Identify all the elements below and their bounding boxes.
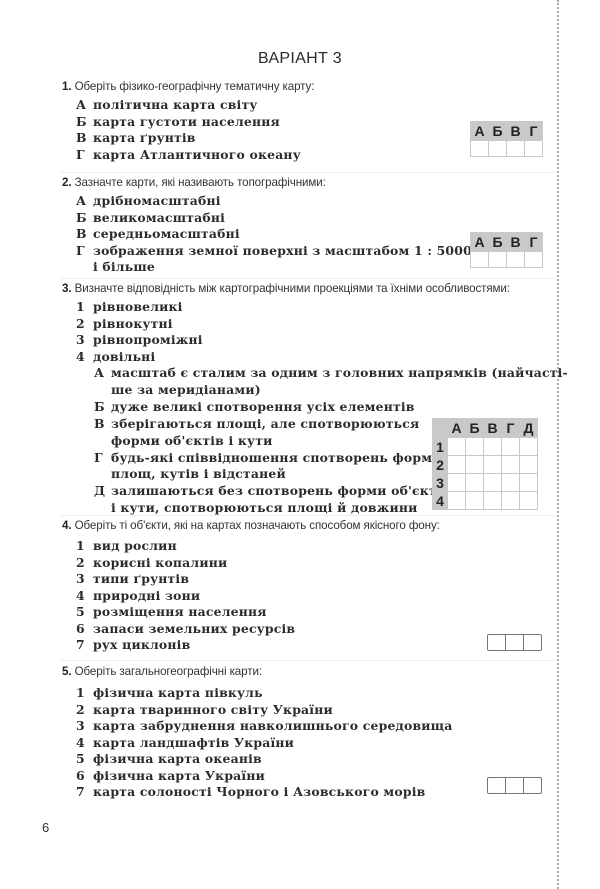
question-number: 3. [62, 282, 71, 295]
grid-row-header: 2 [433, 456, 448, 474]
question-text: Оберіть загальногеографічні карти: [75, 665, 262, 678]
page-title: ВАРІАНТ 3 [0, 50, 600, 68]
page-number: 6 [42, 820, 49, 835]
question-number: 2. [62, 176, 71, 189]
answer-cell[interactable] [520, 438, 538, 456]
item-3: 3рівнопроміжні [76, 332, 203, 349]
item-7: 7рух циклонів [76, 637, 295, 654]
answer-cell[interactable] [484, 456, 502, 474]
answer-box[interactable] [523, 778, 541, 793]
item-4: 4природні зони [76, 588, 295, 605]
answer-cell[interactable] [502, 492, 520, 510]
option-g: Гкарта Атлантичного океану [76, 147, 301, 164]
answer-cell[interactable] [489, 141, 507, 157]
question-4-items: 1вид рослин 2корисні копалини 3типи ґрун… [76, 538, 295, 654]
item-1: 1вид рослин [76, 538, 295, 555]
answer-cell[interactable] [448, 456, 466, 474]
answer-cell[interactable] [489, 252, 507, 268]
item-2: 2рівнокутні [76, 316, 203, 333]
question-text: Зазначте карти, які називають топографіч… [75, 176, 326, 189]
answer-cell[interactable] [525, 252, 543, 268]
question-5-items: 1фізична карта півкуль 2карта тваринного… [76, 685, 452, 801]
question-1-answer-grid: А Б В Г [470, 121, 543, 157]
item-3: 3карта забруднення навколишнього середов… [76, 718, 452, 735]
question-text: Визначте відповідність між картографічни… [75, 282, 510, 295]
question-separator [60, 660, 555, 661]
grid-corner [433, 419, 448, 438]
question-1-prompt: 1. Оберіть фізико-географічну тематичну … [62, 80, 314, 93]
grid-col-header: Г [502, 419, 520, 438]
answer-cell[interactable] [448, 438, 466, 456]
answer-cell[interactable] [520, 456, 538, 474]
option-a: Амасштаб є сталим за одним з головних на… [94, 365, 568, 399]
option-v: Всередньомасштабні [76, 226, 472, 243]
answer-box[interactable] [523, 635, 541, 650]
grid-col-header: В [507, 122, 525, 141]
question-3-items: 1рівновеликі 2рівнокутні 3рівнопроміжні … [76, 299, 203, 365]
answer-cell[interactable] [466, 438, 484, 456]
grid-col-header: В [507, 233, 525, 252]
answer-cell[interactable] [502, 474, 520, 492]
item-2: 2карта тваринного світу України [76, 702, 452, 719]
question-text: Оберіть фізико-географічну тематичну кар… [75, 80, 315, 93]
option-a: Адрібномасштабні [76, 193, 472, 210]
item-5: 5фізична карта океанів [76, 751, 452, 768]
question-number: 1. [62, 80, 71, 93]
item-1: 1рівновеликі [76, 299, 203, 316]
grid-row-header: 1 [433, 438, 448, 456]
grid-col-header: Г [525, 233, 543, 252]
answer-cell[interactable] [466, 456, 484, 474]
answer-cell[interactable] [502, 456, 520, 474]
answer-cell[interactable] [507, 141, 525, 157]
grid-col-header: Б [466, 419, 484, 438]
question-number: 4. [62, 519, 71, 532]
question-2-prompt: 2. Зазначте карти, які називають топогра… [62, 176, 326, 189]
item-6: 6запаси земельних ресурсів [76, 621, 295, 638]
question-3-prompt: 3. Визначте відповідність між картографі… [62, 282, 510, 295]
answer-cell[interactable] [484, 474, 502, 492]
answer-cell[interactable] [466, 474, 484, 492]
grid-col-header: А [471, 233, 489, 252]
answer-box[interactable] [505, 778, 523, 793]
question-2-answer-grid: А Б В Г [470, 232, 543, 268]
question-1-options: Аполітична карта світу Бкарта густоти на… [76, 97, 301, 163]
question-5-prompt: 5. Оберіть загальногеографічні карти: [62, 665, 262, 678]
grid-col-header: В [484, 419, 502, 438]
question-5-answer-boxes [487, 777, 542, 794]
question-separator [60, 515, 555, 516]
answer-cell[interactable] [471, 141, 489, 157]
question-number: 5. [62, 665, 71, 678]
grid-col-header: Г [525, 122, 543, 141]
answer-box[interactable] [488, 778, 505, 793]
answer-cell[interactable] [484, 438, 502, 456]
option-a: Аполітична карта світу [76, 97, 301, 114]
answer-cell[interactable] [507, 252, 525, 268]
answer-box[interactable] [488, 635, 505, 650]
grid-col-header: Б [489, 233, 507, 252]
answer-cell[interactable] [520, 474, 538, 492]
answer-cell[interactable] [525, 141, 543, 157]
grid-row-header: 3 [433, 474, 448, 492]
item-1: 1фізична карта півкуль [76, 685, 452, 702]
item-5: 5розміщення населення [76, 604, 295, 621]
answer-cell[interactable] [448, 492, 466, 510]
question-separator [60, 172, 555, 173]
item-6: 6фізична карта України [76, 768, 452, 785]
answer-box[interactable] [505, 635, 523, 650]
item-3: 3типи ґрунтів [76, 571, 295, 588]
question-3-answer-grid: А Б В Г Д 1 2 3 4 [432, 418, 538, 510]
option-g: Гзображення земної поверхні з масштабом … [76, 243, 472, 276]
grid-col-header: Д [520, 419, 538, 438]
question-2-options: Адрібномасштабні Бвеликомасштабні Всеред… [76, 193, 472, 276]
grid-col-header: А [448, 419, 466, 438]
item-4: 4карта ландшафтів України [76, 735, 452, 752]
option-b: Бкарта густоти населення [76, 114, 301, 131]
answer-cell[interactable] [466, 492, 484, 510]
grid-col-header: Б [489, 122, 507, 141]
option-b: Бвеликомасштабні [76, 210, 472, 227]
question-4-answer-boxes [487, 634, 542, 651]
item-2: 2корисні копалини [76, 555, 295, 572]
option-v: Вкарта ґрунтів [76, 130, 301, 147]
question-separator [60, 278, 555, 279]
item-4: 4довільні [76, 349, 203, 366]
answer-cell[interactable] [502, 438, 520, 456]
answer-cell[interactable] [448, 474, 466, 492]
answer-cell[interactable] [471, 252, 489, 268]
grid-col-header: А [471, 122, 489, 141]
answer-cell[interactable] [484, 492, 502, 510]
question-text: Оберіть ті об'єкти, які на картах познач… [75, 519, 440, 532]
option-b: Бдуже великі спотворення усіх елементів [94, 399, 568, 416]
grid-row-header: 4 [433, 492, 448, 510]
answer-cell[interactable] [520, 492, 538, 510]
item-7: 7карта солоності Чорного і Азовського мо… [76, 784, 452, 801]
question-4-prompt: 4. Оберіть ті об'єкти, які на картах поз… [62, 519, 440, 532]
